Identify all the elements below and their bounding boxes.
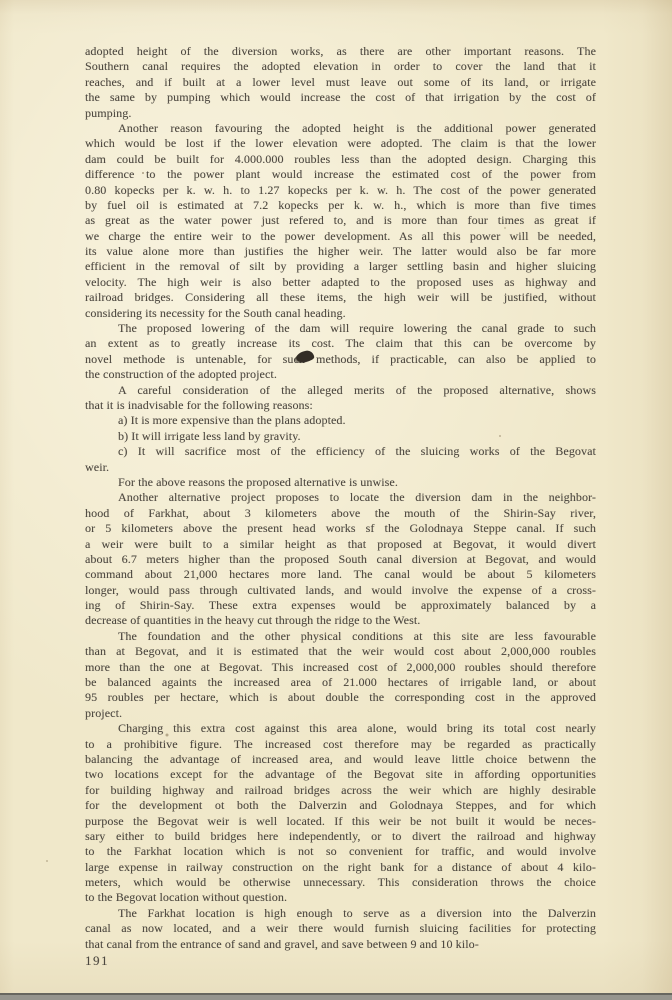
text-line: pumping. — [85, 106, 596, 121]
text-line: decrease of quantities in the heavy cut … — [85, 613, 596, 628]
text-line: 95 roubles per hectare, which is about d… — [85, 690, 596, 705]
text-line: purpose the Begovat weir is well located… — [85, 814, 596, 829]
text-line: For the above reasons the proposed alter… — [85, 475, 596, 490]
text-line: A careful consideration of the alleged m… — [85, 383, 596, 398]
text-line: large expense in railway construction on… — [85, 860, 596, 875]
text-block: adopted height of the diversion works, a… — [85, 44, 596, 952]
text-line: two locations except for the advantage o… — [85, 767, 596, 782]
text-line: to the Begovat location without question… — [85, 890, 596, 905]
text-line: hood of Farkhat, about 3 kilometers abov… — [85, 506, 596, 521]
text-line: about 6.7 meters higher than the propose… — [85, 552, 596, 567]
text-line: to the Farkhat location which is not so … — [85, 844, 596, 859]
text-line: b) It will irrigate less land by gravity… — [85, 429, 596, 444]
text-line: reaches, and if built at a lower level m… — [85, 75, 596, 90]
text-line: c) It will sacrifice most of the efficie… — [85, 444, 596, 459]
text-line: be balanced againts the increased area o… — [85, 675, 596, 690]
text-line: more than the one at Begovat. This incre… — [85, 660, 596, 675]
text-line: that it is inadvisable for the following… — [85, 398, 596, 413]
text-line: the construction of the adopted project. — [85, 367, 596, 382]
text-line: ing of Shirin-Say. These extra expenses … — [85, 598, 596, 613]
text-line: an extent as to greatly increase its cos… — [85, 336, 596, 351]
text-line: the same by pumping which would increase… — [85, 90, 596, 105]
text-line: balancing the advantage of increased are… — [85, 752, 596, 767]
text-line: project. — [85, 706, 596, 721]
paper-speckles — [142, 172, 144, 174]
text-line: a) It is more expensive than the plans a… — [85, 413, 596, 428]
text-line: Another alternative project proposes to … — [85, 490, 596, 505]
text-line: Southern canal requires the adopted elev… — [85, 59, 596, 74]
text-line: we charge the entire weir to the power d… — [85, 229, 596, 244]
text-line: dam could be built for 4.000.000 roubles… — [85, 152, 596, 167]
text-line: longer, would pass through cultivated la… — [85, 583, 596, 598]
scanned-page: adopted height of the diversion works, a… — [0, 0, 672, 1000]
text-line: as great as the water power just refered… — [85, 213, 596, 228]
text-line: railroad bridges. Considering all these … — [85, 290, 596, 305]
text-line: for the development ot both the Dalverzi… — [85, 798, 596, 813]
text-line: 0.80 kopecks per k. w. h. to 1.27 kopeck… — [85, 183, 596, 198]
scan-edge-band — [0, 993, 672, 1000]
text-line: adopted height of the diversion works, a… — [85, 44, 596, 59]
text-line: command about 21,000 hectares more land.… — [85, 567, 596, 582]
text-line: difference to the power plant would incr… — [85, 167, 596, 182]
text-line: novel methode is untenable, for such met… — [85, 352, 596, 367]
text-line: efficient in the removal of silt by prov… — [85, 259, 596, 274]
text-line: that canal from the entrance of sand and… — [85, 937, 596, 952]
text-line: Another reason favouring the adopted hei… — [85, 121, 596, 136]
text-line: weir. — [85, 460, 596, 475]
text-line: canal as now located, and a weir there w… — [85, 921, 596, 936]
text-line: The Farkhat location is high enough to s… — [85, 906, 596, 921]
page-number: 191 — [85, 953, 109, 969]
text-line: to a prohibitive figure. The increased c… — [85, 737, 596, 752]
text-line: which would be lost if the lower elevati… — [85, 136, 596, 151]
text-line: sary either to build bridges here indepe… — [85, 829, 596, 844]
text-line: The proposed lowering of the dam will re… — [85, 321, 596, 336]
text-line: for building highway and railroad bridge… — [85, 783, 596, 798]
text-line: than at Begovat, and it is estimated tha… — [85, 644, 596, 659]
text-line: its value alone more than justifies the … — [85, 244, 596, 259]
text-line: meters, which would be otherwise unneces… — [85, 875, 596, 890]
text-line: a weir were built to a similar height as… — [85, 537, 596, 552]
text-line: by fuel oil is estimated at 7.2 kopecks … — [85, 198, 596, 213]
text-line: The foundation and the other physical co… — [85, 629, 596, 644]
text-line: or 5 kilometers above the present head w… — [85, 521, 596, 536]
text-line: Charging this extra cost against this ar… — [85, 721, 596, 736]
text-line: considering its necessity for the South … — [85, 306, 596, 321]
text-line: velocity. The high weir is also better a… — [85, 275, 596, 290]
